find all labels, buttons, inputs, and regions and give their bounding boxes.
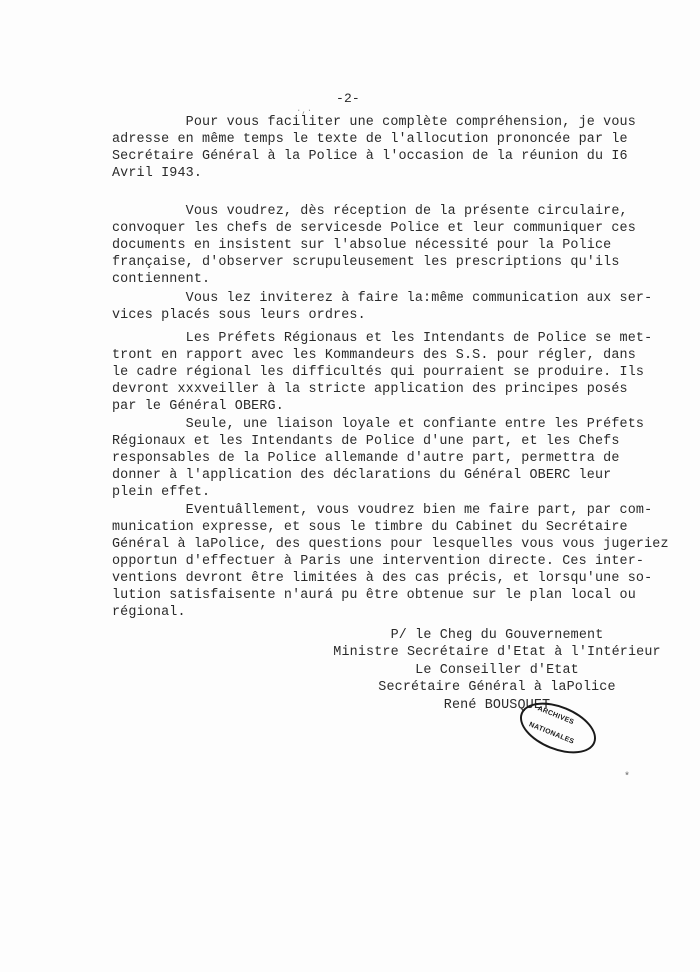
text-line: ventions devront être limitées à des cas… [112, 570, 669, 587]
text-line: documents en insistent sur l'absolue néc… [112, 237, 636, 254]
text-line: munication expresse, et sous le timbre d… [112, 519, 669, 536]
text-line: plein effet. [112, 484, 644, 501]
text-line: par le Général OBERG. [112, 398, 652, 415]
paragraph-2: Vous voudrez, dès réception de la présen… [112, 203, 636, 288]
signature-line: Ministre Secrétaire d'Etat à l'Intérieur [322, 644, 672, 661]
stamp-top-text: ARCHIVES [537, 705, 575, 726]
text-line: opportun d'effectuer à Paris une interve… [112, 553, 669, 570]
signatory-name: René BOUSQUET [322, 697, 672, 714]
text-line: Général à laPolice, des questions pour l… [112, 536, 669, 553]
text-line: Vous voudrez, dès réception de la présen… [112, 203, 636, 220]
text-line: contiennent. [112, 271, 636, 288]
paragraph-4: Les Préfets Régionaus et les Intendants … [112, 330, 652, 415]
text-line: Les Préfets Régionaus et les Intendants … [112, 330, 652, 347]
text-line: Régionaux et les Intendants de Police d'… [112, 433, 644, 450]
text-line: adresse en même temps le texte de l'allo… [112, 131, 636, 148]
text-line: Seule, une liaison loyale et confiante e… [112, 416, 644, 433]
signature-block: P/ le Cheg du Gouvernement Ministre Secr… [322, 627, 672, 714]
signature-line: Secrétaire Général à laPolice [322, 679, 672, 696]
text-line: donner à l'application des déclarations … [112, 467, 644, 484]
text-line: lution satisfaisente n'aurá pu être obte… [112, 587, 669, 604]
text-line: le cadre régional les difficultés qui po… [112, 364, 652, 381]
text-line: Vous lez inviterez à faire la:même commu… [112, 290, 652, 307]
asterisk-mark-icon: * [624, 772, 630, 783]
paragraph-6: Eventuâllement, vous voudrez bien me fai… [112, 502, 669, 621]
text-line: responsables de la Police allemande d'au… [112, 450, 644, 467]
paragraph-1: Pour vous faciliter une complète compréh… [112, 114, 636, 182]
signature-line: Le Conseiller d'Etat [322, 662, 672, 679]
text-line: devront xxxveiller à la stricte applicat… [112, 381, 652, 398]
text-line: Eventuâllement, vous voudrez bien me fai… [112, 502, 669, 519]
document-page: -2- ·,· Pour vous faciliter une complète… [0, 0, 700, 972]
text-line: Avril I943. [112, 165, 636, 182]
signature-line: P/ le Cheg du Gouvernement [322, 627, 672, 644]
text-line: tront en rapport avec les Kommandeurs de… [112, 347, 652, 364]
paragraph-5: Seule, une liaison loyale et confiante e… [112, 416, 644, 501]
text-line: Secrétaire Général à la Police à l'occas… [112, 148, 636, 165]
text-line: convoquer les chefs de servicesde Police… [112, 220, 636, 237]
page-number: -2- [336, 90, 360, 107]
text-line: régional. [112, 604, 669, 621]
text-line: Pour vous faciliter une complète compréh… [112, 114, 636, 131]
paragraph-3: Vous lez inviterez à faire la:même commu… [112, 290, 652, 324]
text-line: française, d'observer scrupuleusement le… [112, 254, 636, 271]
text-line: vices placés sous leurs ordres. [112, 307, 652, 324]
